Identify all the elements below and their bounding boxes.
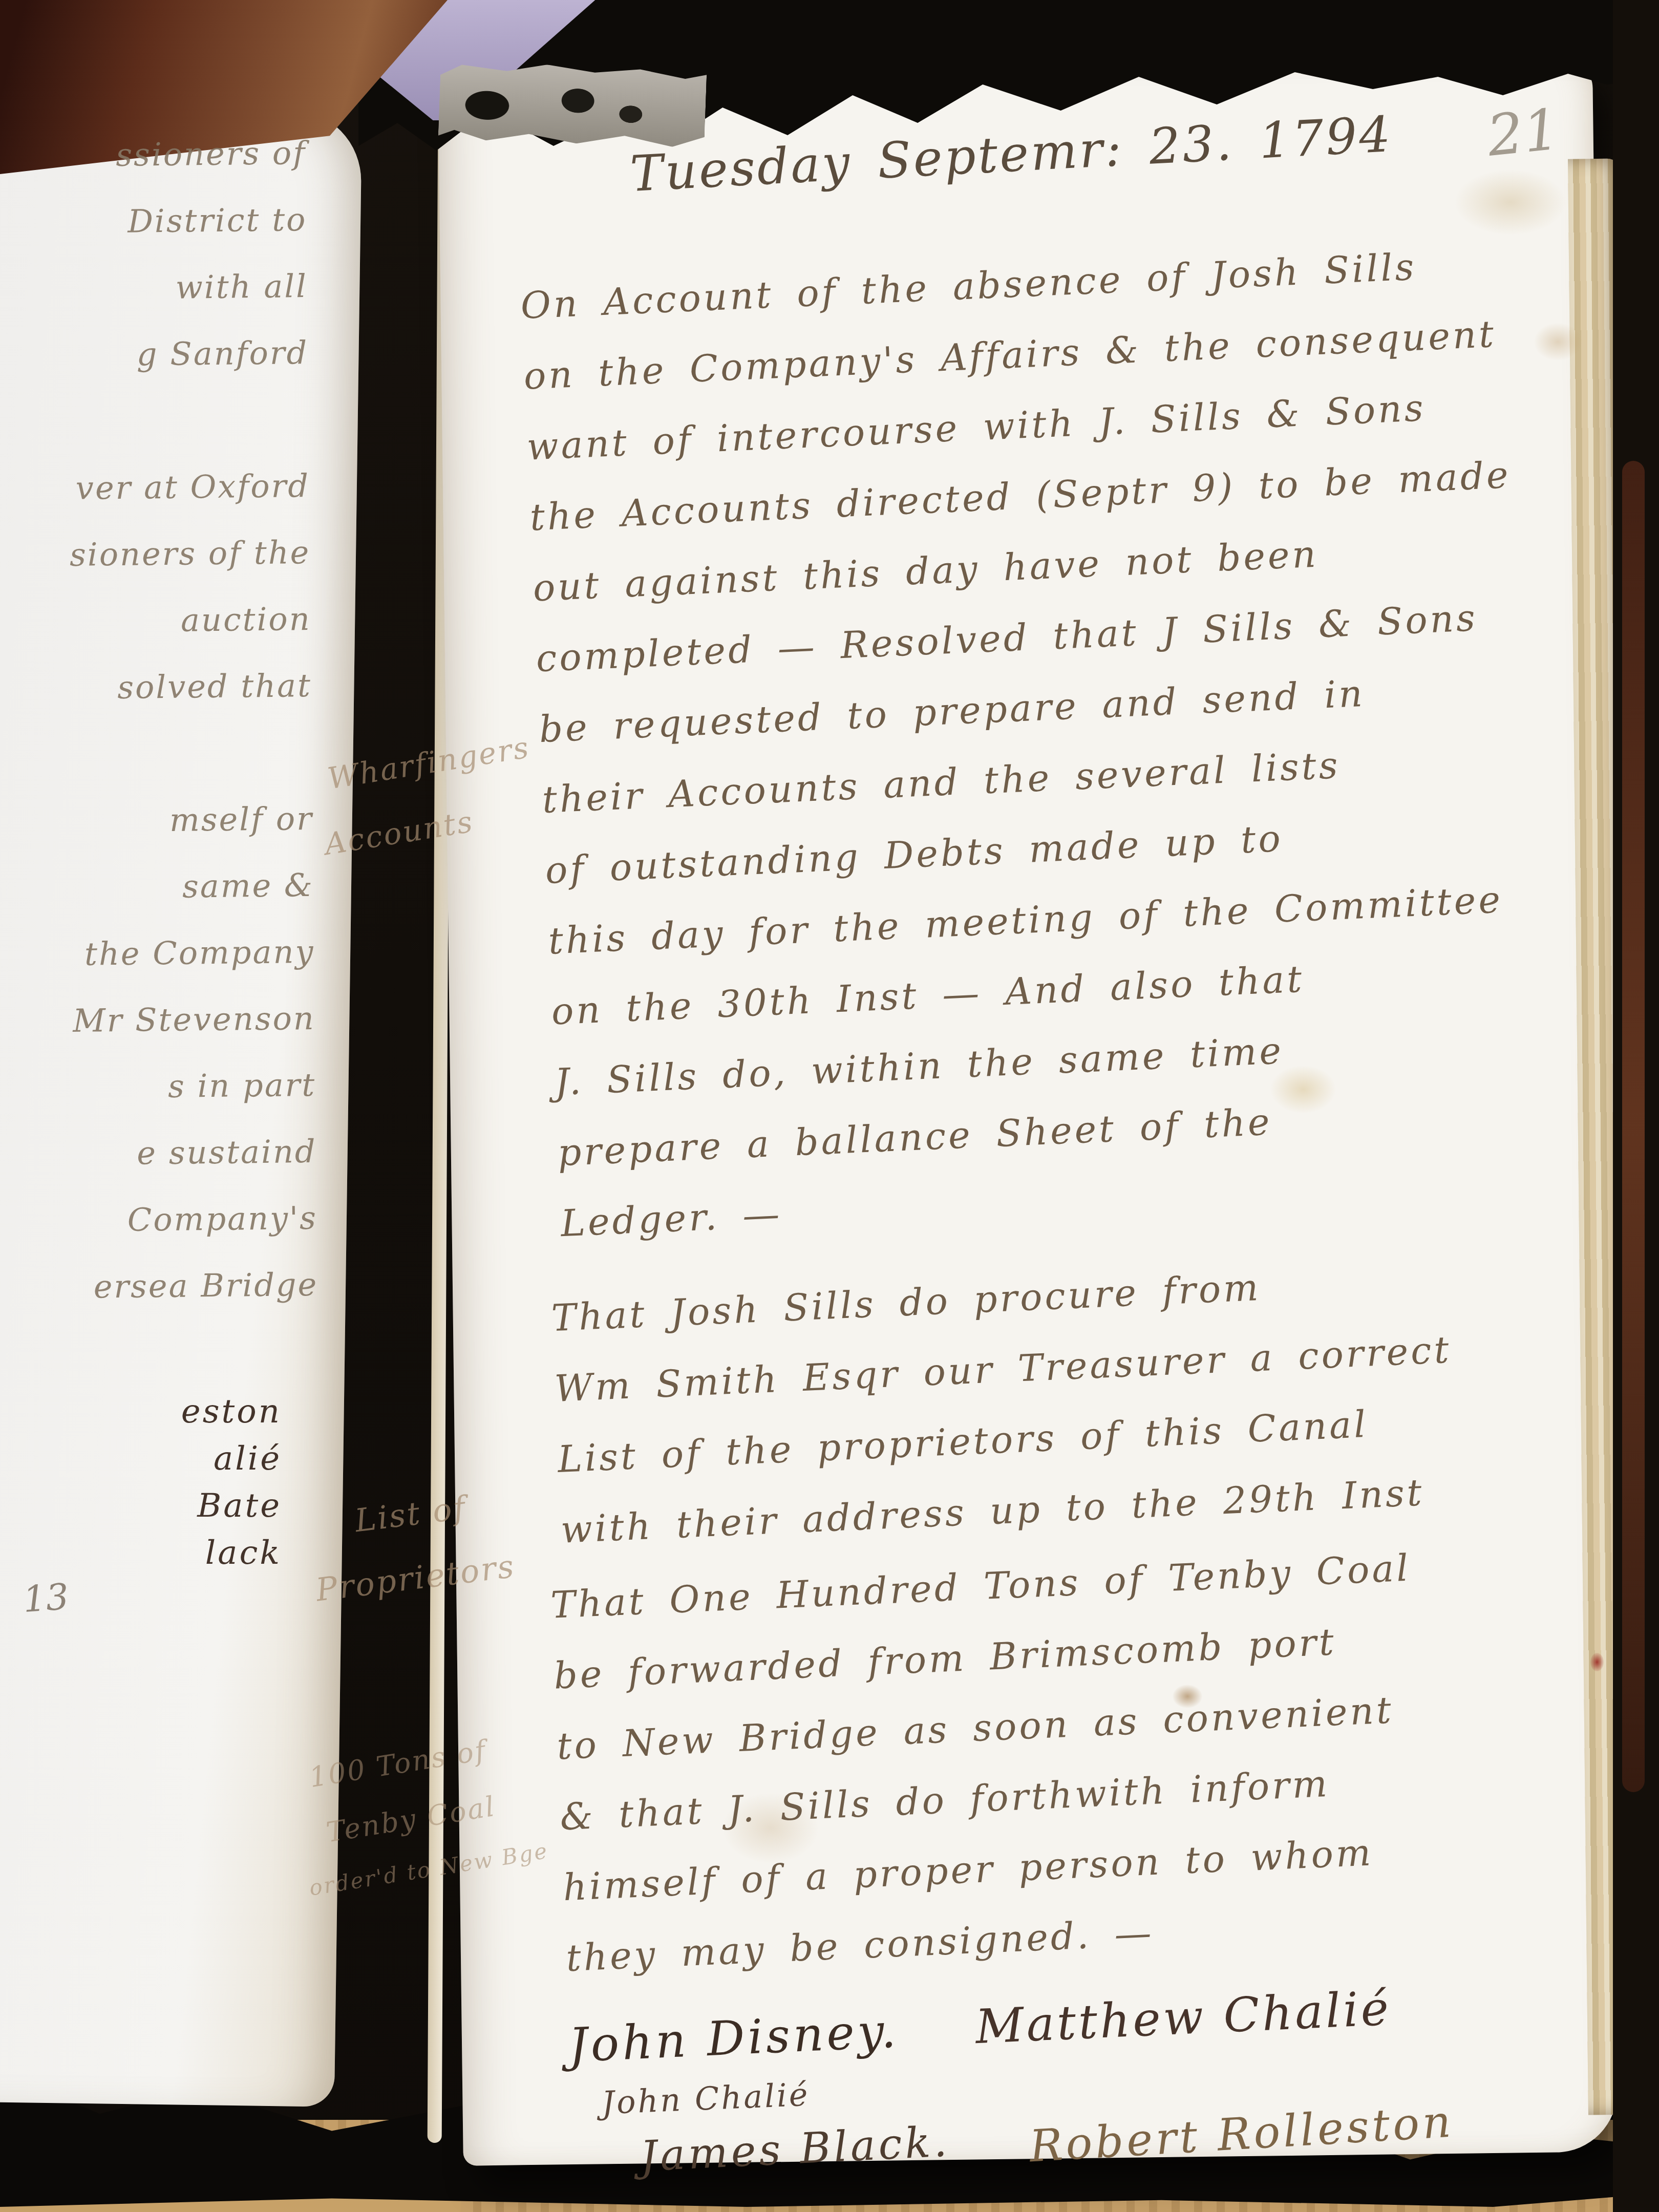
left-page-signature-fragment: Bate [5,1487,282,1534]
left-page-fragment-line: ersea Bridge [21,1266,318,1335]
left-page-fragment-line: solved that [15,667,312,736]
left-page-fragment-line: s in part [19,1066,316,1136]
margin-note-list-of-proprietors: List ofProprietors [353,1484,517,1603]
left-page-fragment-line: mself or [16,800,313,869]
left-page-fragment-line: e sustaind [19,1133,317,1202]
manuscript-photo: 21 Tuesday Septemr: 23. 1794 On Account … [0,0,1659,2212]
left-page-fragment-line: the Company [17,933,315,1003]
minute-paragraph-3: That One Hundred Tons of Tenby Coalbe fo… [550,1534,1659,2007]
left-page-fragment-line [15,733,313,803]
left-page-fragment-line: auction [14,600,311,670]
left-page-text-fragments: ssioners ofDistrict towith allg Sanfordv… [9,134,318,1335]
left-page-fragment-line: with all [10,267,308,337]
page-number: 21 [1484,96,1563,169]
left-page-fragment-line: ver at Oxford [13,467,310,537]
margin-note-line: Wharfingers [325,730,532,796]
left-page-fragment-line: ssioners of [9,134,307,204]
left-page-fragment-line: sioners of the [13,534,311,603]
left-page-signature-fragment: eston [5,1393,282,1440]
left-page-signature-fragment: alié [5,1440,282,1487]
left-page-signature-fragment: lack [5,1534,282,1581]
left-page-fragment-line: Mr Stevenson [18,999,315,1069]
margin-note-line: 100 Tons of [307,1727,534,1794]
minute-body: On Account of the absence of Josh Sillso… [520,236,1659,2006]
left-page-signature-fragments: estonaliéBatelack [5,1393,282,1581]
left-page-fragment-line: g Sanford [11,334,309,403]
minute-paragraph-1: On Account of the absence of Josh Sillso… [520,236,1659,1272]
paper-foxing [1454,169,1567,236]
left-page-pencil-mark: 13 [22,1576,70,1621]
left-page-fragment-line [12,400,309,470]
margin-note-line: Tenby Coal [324,1783,543,1848]
left-page-fragment-line: District to [10,201,307,270]
minute-paragraph-2: That Josh Sills do procure fromWm Smith … [550,1248,1659,1579]
left-page-fragment-line: Company's [20,1199,318,1269]
left-page-fragment-line: same & [17,866,314,936]
